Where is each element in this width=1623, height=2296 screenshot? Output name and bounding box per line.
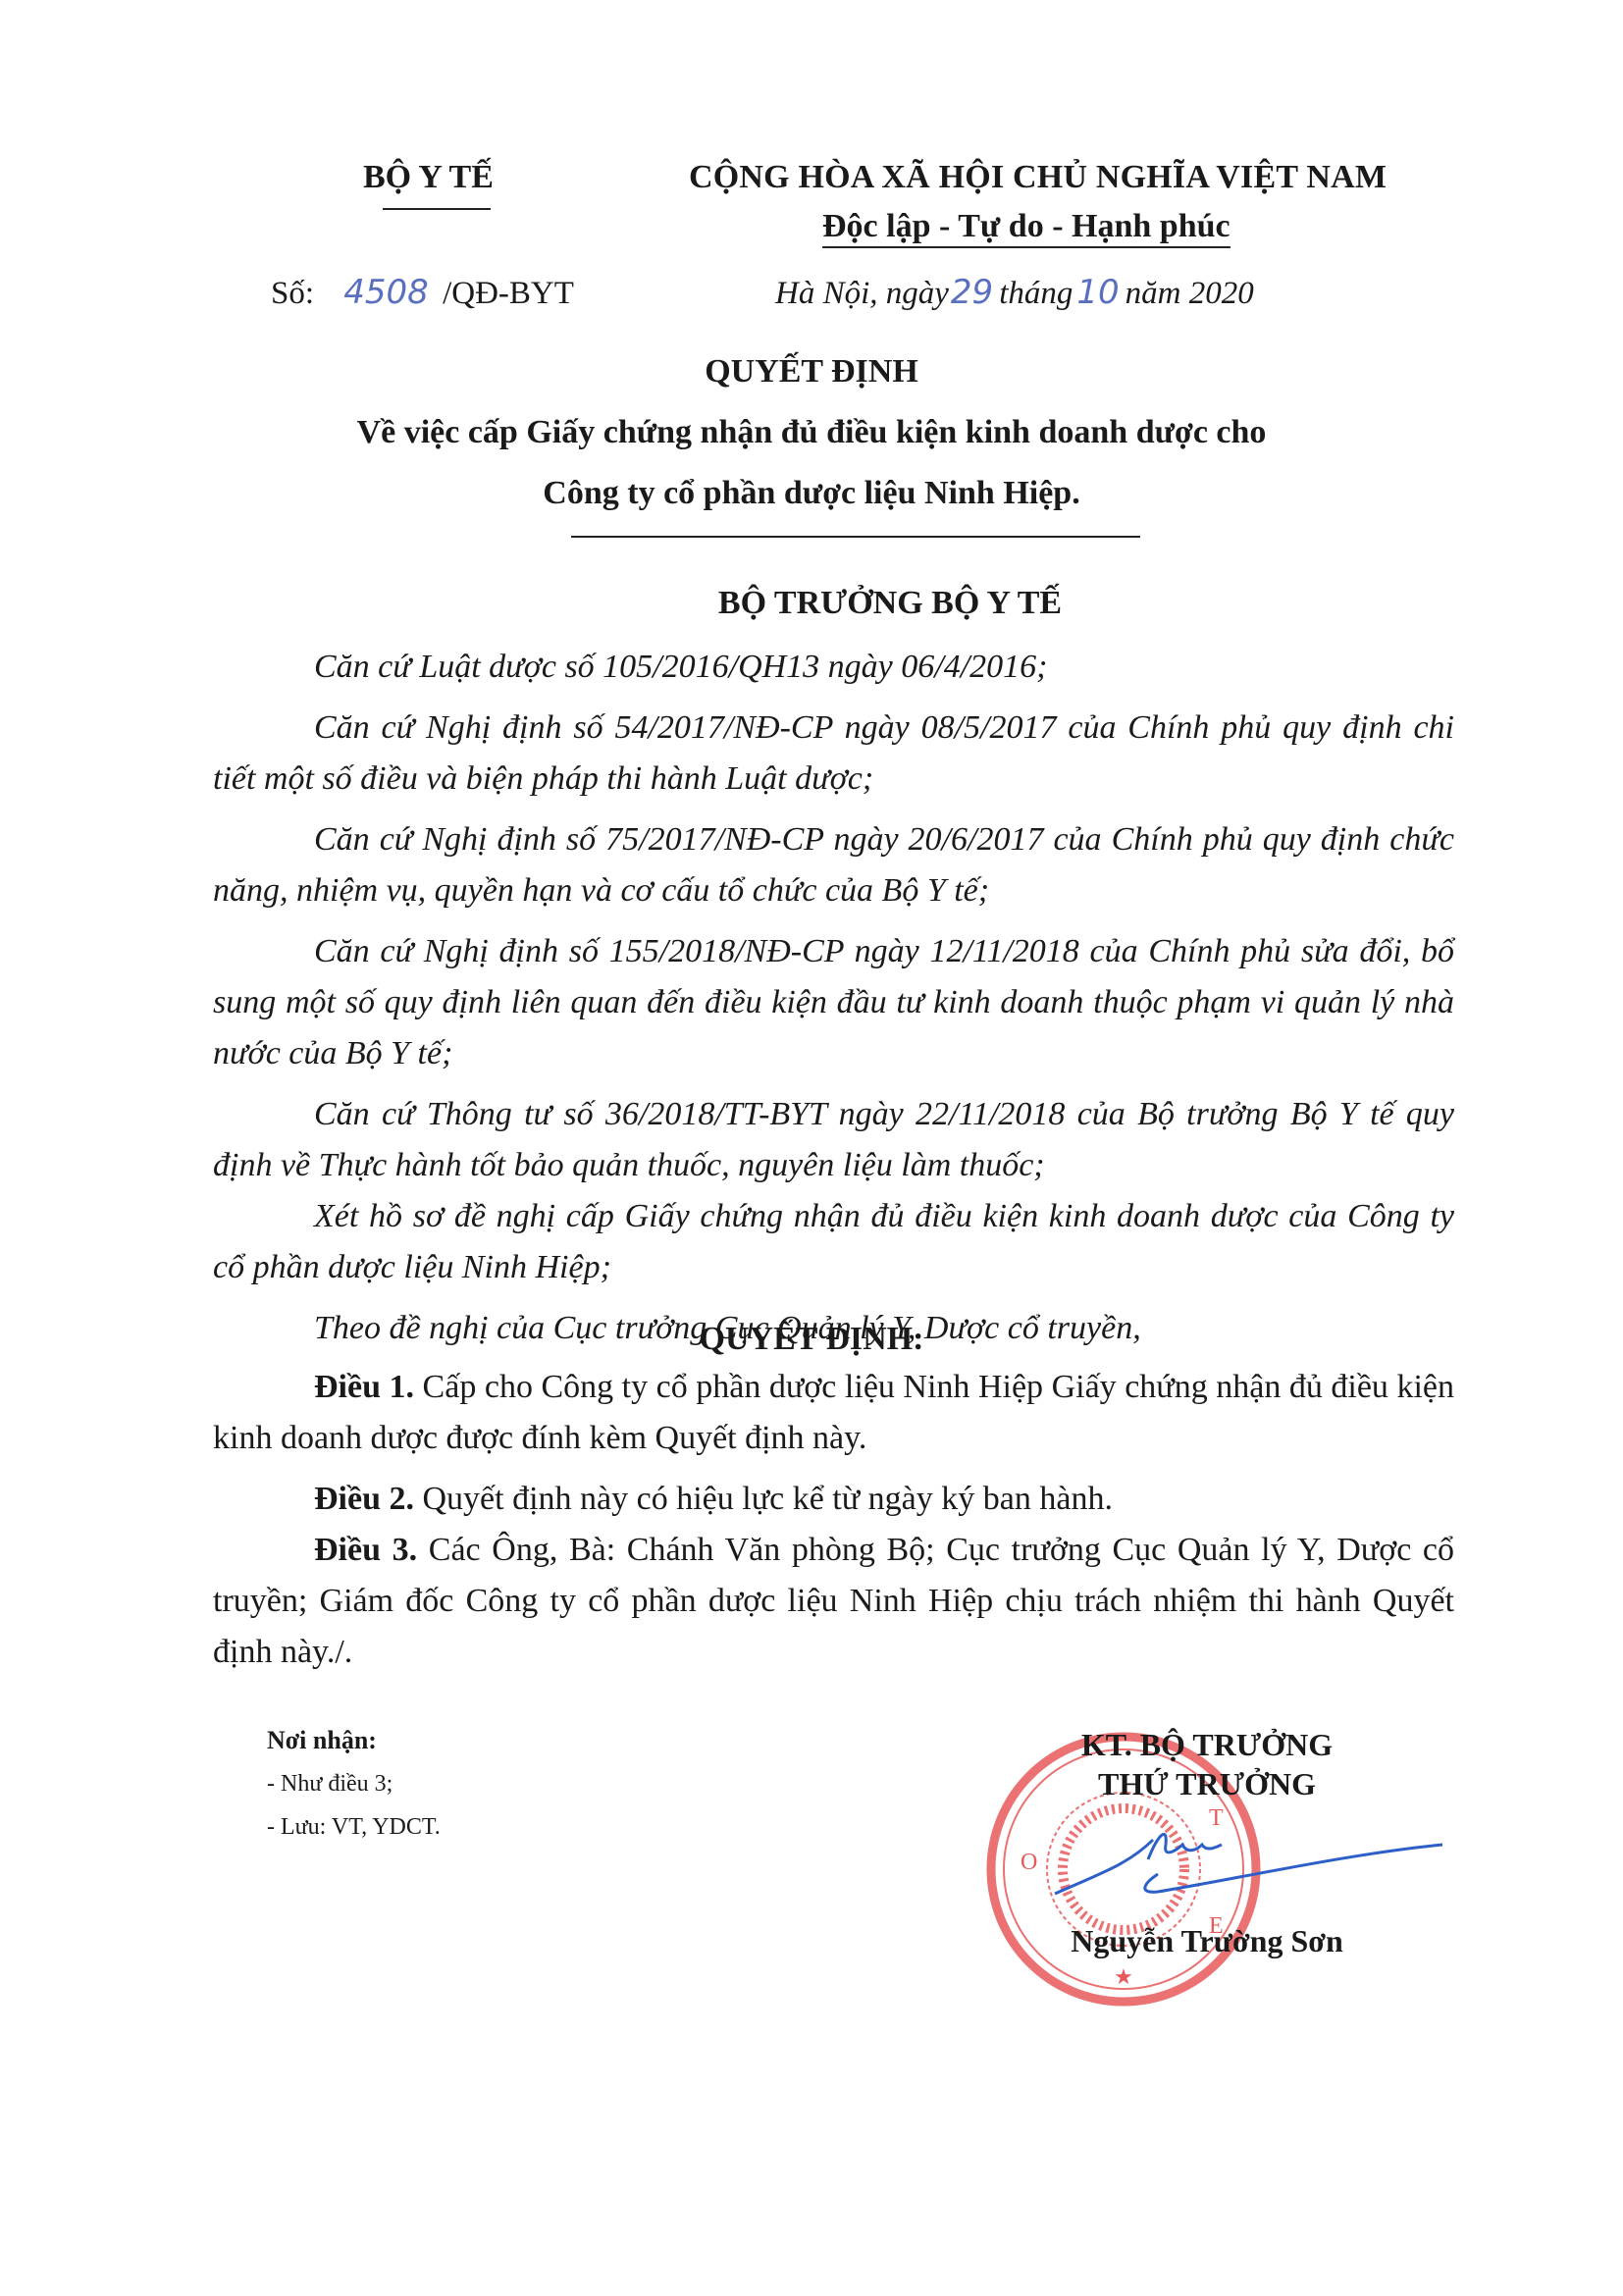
number-handwritten: 4508 xyxy=(343,273,429,312)
date-day: 29 xyxy=(951,273,993,312)
signatory-title-1: KT. BỘ TRƯỞNG xyxy=(1001,1727,1413,1763)
recipients-heading: Nơi nhận: xyxy=(267,1719,441,1762)
agency-underline xyxy=(383,208,491,210)
authority-heading: BỘ TRƯỞNG BỘ Y TẾ xyxy=(79,585,1623,622)
svg-text:★: ★ xyxy=(1114,1965,1133,1990)
recipients-block: Nơi nhận: - Như điều 3; - Lưu: VT, YDCT. xyxy=(267,1719,441,1849)
issue-date: Hà Nội, ngày29tháng10năm 2020 xyxy=(775,273,1254,312)
title-divider xyxy=(571,536,1140,538)
article-text: Quyết định này có hiệu lực kể từ ngày ký… xyxy=(414,1481,1113,1517)
number-label: Số: xyxy=(271,276,314,311)
national-motto: Độc lập - Tự do - Hạnh phúc xyxy=(822,208,1230,248)
article-1: Điều 1. Cấp cho Công ty cổ phần dược liệ… xyxy=(213,1362,1454,1464)
date-month-label: tháng xyxy=(999,276,1073,311)
article-label: Điều 3. xyxy=(314,1532,417,1568)
article-label: Điều 1. xyxy=(314,1369,414,1405)
subject-line-2: Công ty cổ phần dược liệu Ninh Hiệp. xyxy=(0,475,1623,512)
signatory-title-2: THỨ TRƯỞNG xyxy=(1001,1766,1413,1802)
subject-line-1: Về việc cấp Giấy chứng nhận đủ điều kiện… xyxy=(0,414,1623,451)
basis-item: Căn cứ Nghị định số 75/2017/NĐ-CP ngày 2… xyxy=(213,814,1454,916)
basis-item: Căn cứ Luật dược số 105/2016/QH13 ngày 0… xyxy=(213,642,1454,693)
country-name: CỘNG HÒA XÃ HỘI CHỦ NGHĨA VIỆT NAM xyxy=(689,159,1387,196)
articles: Điều 1. Cấp cho Công ty cổ phần dược liệ… xyxy=(213,1362,1454,1678)
article-3: Điều 3. Các Ông, Bà: Chánh Văn phòng Bộ;… xyxy=(213,1525,1454,1678)
recipient-item: - Như điều 3; xyxy=(267,1762,441,1805)
date-year: năm 2020 xyxy=(1126,276,1254,311)
recipient-item: - Lưu: VT, YDCT. xyxy=(267,1805,441,1849)
article-label: Điều 2. xyxy=(314,1481,414,1517)
number-suffix: /QĐ-BYT xyxy=(443,276,574,311)
date-month: 10 xyxy=(1076,273,1119,312)
signatory-name: Nguyễn Trường Sơn xyxy=(1001,1923,1413,1959)
legal-bases: Căn cứ Luật dược số 105/2016/QH13 ngày 0… xyxy=(213,642,1454,1354)
decision-heading: QUYẾT ĐỊNH: xyxy=(0,1321,1623,1358)
basis-item: Xét hồ sơ đề nghị cấp Giấy chứng nhận đủ… xyxy=(213,1191,1454,1293)
document-number: Số: 4508 /QĐ-BYT xyxy=(271,273,574,312)
basis-item: Căn cứ Nghị định số 155/2018/NĐ-CP ngày … xyxy=(213,926,1454,1079)
signature-icon xyxy=(1021,1805,1452,1943)
basis-item: Căn cứ Nghị định số 54/2017/NĐ-CP ngày 0… xyxy=(213,703,1454,805)
basis-item: Căn cứ Thông tư số 36/2018/TT-BYT ngày 2… xyxy=(213,1089,1454,1191)
article-2: Điều 2. Quyết định này có hiệu lực kể từ… xyxy=(213,1474,1454,1525)
date-prefix: Hà Nội, ngày xyxy=(775,276,949,311)
agency-name: BỘ Y TẾ xyxy=(363,159,494,196)
document-title: QUYẾT ĐỊNH xyxy=(0,353,1623,391)
